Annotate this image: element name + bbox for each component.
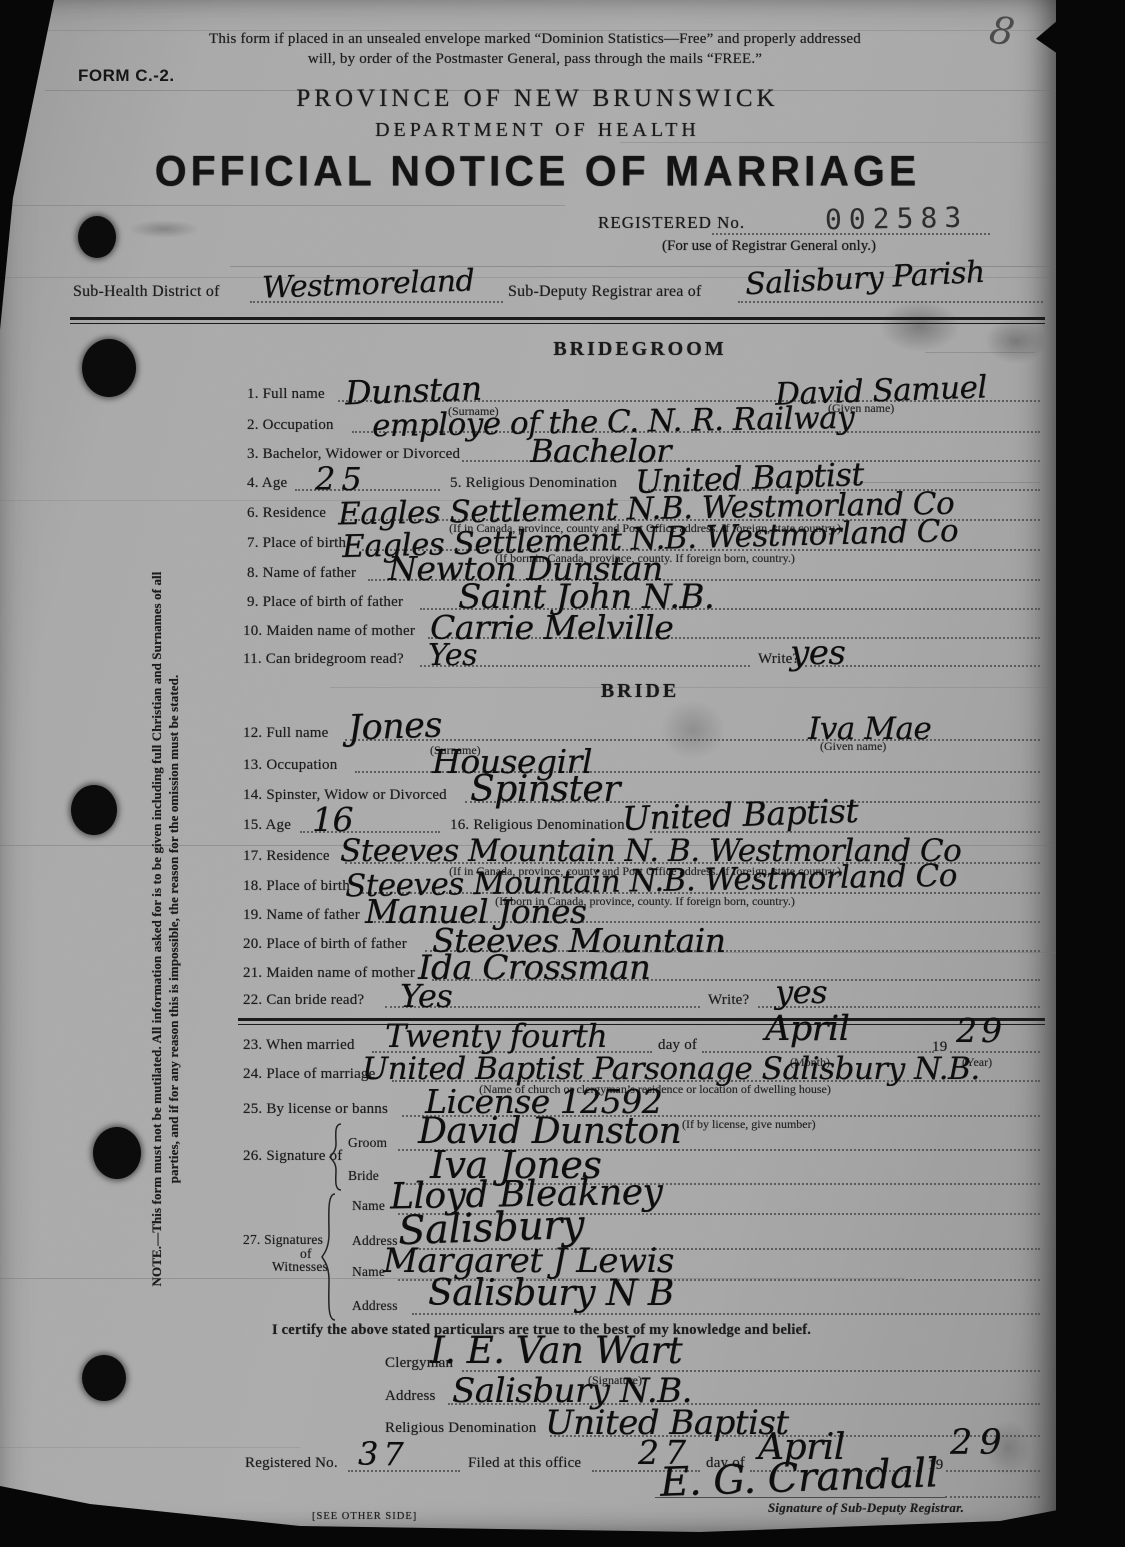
bridegroom-heading: BRIDEGROOM [240, 338, 1040, 361]
witness2-address-label: Address [352, 1298, 398, 1314]
groom-can-write-value: yes [790, 636, 845, 670]
groom-age-value: 25 [315, 463, 368, 495]
field-10-number: 10. [243, 623, 262, 639]
dotted-line [945, 1496, 1040, 1498]
sub-deputy-registrar-hint: Signature of Sub-Deputy Registrar. [768, 1500, 964, 1516]
marriage-day-value: Twenty fourth [385, 1020, 607, 1052]
write-label: Write? [708, 992, 749, 1009]
side-note: NOTE.—This form must not be mutilated. A… [148, 526, 182, 1332]
field-13-label: Occupation [266, 757, 337, 773]
witness1-name-label: Name [352, 1198, 385, 1214]
bride-signature-label: Bride [348, 1168, 379, 1184]
field-8-label: Name of father [263, 565, 357, 581]
mailing-note-line1: This form if placed in an unsealed envel… [170, 31, 900, 48]
section-rule [70, 317, 1045, 320]
field-2-label: Occupation [263, 417, 334, 433]
field-23-number: 23. [243, 1037, 262, 1053]
field-22-number: 22. [243, 992, 262, 1008]
crease-line [0, 1447, 300, 1448]
field-7-number: 7. [247, 535, 259, 551]
field-25-label: By license or banns [266, 1101, 388, 1117]
field-23-label: When married [266, 1037, 355, 1053]
groom-can-read-value: Yes [428, 641, 477, 671]
field-15-number: 15. [243, 817, 262, 833]
section-rule [238, 1018, 1045, 1021]
field-3-number: 3. [247, 446, 259, 462]
field-24-label: Place of marriage [266, 1066, 375, 1082]
field-11-number: 11. [243, 651, 262, 667]
field-15-label: Age [265, 817, 291, 833]
clergyman-signature-value: I. E. Van Wart [430, 1332, 682, 1369]
bride-religion-value: United Baptist [621, 794, 858, 835]
marriage-year-value: 29 [956, 1014, 1006, 1047]
filing-registered-value: 37 [358, 1438, 409, 1470]
field-24-number: 24. [243, 1066, 262, 1082]
bride-surname-value: Jones [347, 708, 442, 746]
field-1-number: 1. [247, 386, 259, 402]
field-20-number: 20. [243, 936, 262, 952]
brace-icon [328, 1122, 344, 1192]
field-1-label: Full name [263, 386, 325, 402]
sub-health-district-value: Westmoreland [262, 266, 475, 303]
scanned-marriage-notice: This form if placed in an unsealed envel… [0, 0, 1125, 1547]
see-other-side-note: [SEE OTHER SIDE] [312, 1511, 417, 1522]
field-21-label: Maiden name of mother [266, 965, 415, 981]
field-14-label: Spinster, Widow or Divorced [266, 787, 447, 803]
registrar-signature-value: E. G. Crandall [659, 1453, 938, 1503]
form-number: FORM C.-2. [78, 66, 175, 86]
field-9-number: 9. [247, 594, 259, 610]
brace-icon [320, 1192, 338, 1322]
field-19-label: Name of father [266, 907, 360, 923]
province-heading: PROVINCE OF NEW BRUNSWICK [115, 85, 960, 113]
field-2-number: 2. [247, 417, 259, 433]
section-rule [70, 323, 1045, 324]
bride-can-read-value: Yes [400, 980, 452, 1012]
license-hint: (If by license, give number) [682, 1117, 816, 1132]
hole-punch [71, 785, 117, 835]
field-25-number: 25. [243, 1101, 262, 1117]
field-9-label: Place of birth of father [263, 594, 404, 610]
filing-year-value: 29 [950, 1426, 1009, 1461]
groom-signature-label: Groom [348, 1135, 387, 1151]
filing-registered-label: Registered No. [245, 1455, 338, 1472]
bride-heading: BRIDE [240, 680, 1040, 703]
marriage-month-value: April [765, 1012, 849, 1047]
registered-no-label: REGISTERED No. [598, 213, 745, 233]
crease-line [620, 142, 1058, 143]
hole-punch [82, 339, 136, 397]
bride-status-value: Spinster [470, 772, 620, 808]
filed-at-office-label: Filed at this office [468, 1455, 581, 1472]
hole-punch [82, 1355, 126, 1401]
field-27-number: 27. [243, 1232, 260, 1247]
field-17-number: 17. [243, 848, 262, 864]
field-19-number: 19. [243, 907, 262, 923]
field-16-label: Religious Denomination [473, 817, 624, 833]
stamp-smudge [128, 220, 200, 238]
sub-deputy-area-label: Sub-Deputy Registrar area of [508, 283, 702, 301]
field-5-label: Religious Denomination [466, 475, 617, 491]
hole-punch [78, 216, 116, 258]
dotted-line [345, 739, 1040, 741]
field-18-label: Place of birth [266, 878, 350, 894]
field-7-label: Place of birth [263, 535, 347, 551]
witness2-name-label: Name [352, 1264, 385, 1280]
bride-age-value: 16 [312, 803, 353, 836]
signature-line [655, 1497, 945, 1498]
section-rule [238, 1024, 1045, 1025]
clergyman-address-label: Address [385, 1388, 436, 1405]
field-22-label: Can bride read? [266, 992, 364, 1008]
hole-punch [93, 1127, 141, 1179]
field-16-number: 16. [450, 817, 469, 833]
registrar-only-note: (For use of Registrar General only.) [662, 238, 876, 255]
given-name-hint: (Given name) [820, 739, 886, 754]
scan-edge-right [1056, 0, 1125, 1547]
page-title: OFFICIAL NOTICE OF MARRIAGE [115, 147, 960, 195]
registered-no-value: 002583 [825, 201, 969, 236]
field-8-number: 8. [247, 565, 259, 581]
field-6-number: 6. [247, 505, 259, 521]
field-6-label: Residence [263, 505, 326, 521]
field-17-label: Residence [266, 848, 329, 864]
field-20-label: Place of birth of father [266, 936, 407, 952]
bride-mother-value: Ida Crossman [418, 951, 650, 985]
dotted-line [738, 301, 1043, 303]
field-5-number: 5. [450, 475, 462, 491]
side-note-line2: parties, and if for any reason this is i… [165, 526, 182, 1332]
field-12-number: 12. [243, 725, 262, 741]
field-4-label: Age [262, 475, 288, 491]
field-4-number: 4. [247, 475, 259, 491]
field-10-label: Maiden name of mother [266, 623, 415, 639]
field-26-number: 26. [243, 1148, 262, 1164]
mailing-note-line2: will, by order of the Postmaster General… [170, 51, 900, 68]
field-21-number: 21. [243, 965, 262, 981]
crease-line [850, 482, 1040, 483]
field-14-number: 14. [243, 787, 262, 803]
field-13-number: 13. [243, 757, 262, 773]
witness2-address-value: Salisbury N B [428, 1276, 674, 1312]
field-12-label: Full name [266, 725, 328, 741]
dotted-line [946, 1470, 1040, 1472]
bride-can-write-value: yes [775, 976, 827, 1008]
crease-line [0, 205, 565, 206]
department-heading: DEPARTMENT OF HEALTH [115, 119, 960, 142]
sub-health-district-label: Sub-Health District of [73, 283, 220, 301]
smudge [660, 700, 726, 760]
field-18-number: 18. [243, 878, 262, 894]
field-11-label: Can bridegroom read? [266, 651, 404, 667]
field-27-label1: Signatures [264, 1232, 323, 1247]
marriage-place-value: United Baptist Parsonage Salisbury N.B. [362, 1054, 980, 1085]
side-note-line1: NOTE.—This form must not be mutilated. A… [148, 526, 165, 1332]
